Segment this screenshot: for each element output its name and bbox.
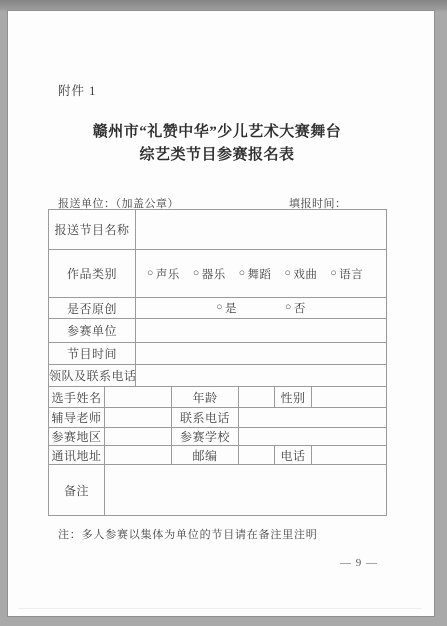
address-phone-value bbox=[312, 446, 387, 465]
category-option-language: ○语言 bbox=[330, 266, 363, 282]
teacher-value bbox=[105, 408, 172, 428]
remarks-label: 备注 bbox=[49, 465, 105, 516]
category-option-label: 器乐 bbox=[202, 266, 226, 282]
time-label: 节目时间 bbox=[49, 343, 136, 365]
contestant-name-label: 选手姓名 bbox=[49, 387, 105, 408]
page-number: — 9 — bbox=[304, 557, 414, 569]
unit-label: 参赛单位 bbox=[49, 319, 136, 343]
contestant-gender-label: 性别 bbox=[275, 387, 312, 408]
title-line-1: 赣州市“礼赞中华”少儿艺术大赛舞台 bbox=[48, 121, 386, 144]
contestant-name-value bbox=[105, 387, 172, 408]
teacher-phone-label: 联系电话 bbox=[172, 408, 239, 428]
row-original: 是否原创 ○是 ○否 bbox=[49, 298, 387, 319]
region-value bbox=[105, 428, 172, 446]
teacher-label: 辅导老师 bbox=[49, 408, 105, 428]
attachment-label: 附件 1 bbox=[58, 81, 96, 99]
radio-circle-icon: ○ bbox=[193, 269, 200, 280]
address-phone-label: 电话 bbox=[275, 446, 312, 465]
original-options: ○是 ○否 bbox=[136, 298, 387, 319]
radio-circle-icon: ○ bbox=[147, 269, 154, 280]
original-option-yes: ○是 bbox=[216, 300, 237, 316]
category-option-label: 戏曲 bbox=[293, 266, 317, 282]
region-school-label: 参赛学校 bbox=[172, 428, 239, 446]
row-time: 节目时间 bbox=[49, 343, 387, 365]
time-value bbox=[136, 343, 387, 365]
scan-background: 附件 1 赣州市“礼赞中华”少儿艺术大赛舞台 综艺类节目参赛报名表 报送单位：（… bbox=[0, 0, 447, 626]
category-option-opera: ○戏曲 bbox=[285, 266, 318, 282]
row-category: 作品类别 ○声乐 ○器乐 ○舞蹈 ○戏曲 ○语言 bbox=[49, 250, 387, 298]
footnote: 注：多人参赛以集体为单位的节目请在备注里注明 bbox=[58, 526, 318, 542]
row-leader: 领队及联系电话 bbox=[49, 365, 387, 387]
category-options: ○声乐 ○器乐 ○舞蹈 ○戏曲 ○语言 bbox=[136, 250, 387, 298]
title-line-2: 综艺类节目参赛报名表 bbox=[48, 144, 386, 167]
teacher-phone-value bbox=[239, 408, 387, 428]
document-page: 附件 1 赣州市“礼赞中华”少儿艺术大赛舞台 综艺类节目参赛报名表 报送单位：（… bbox=[7, 10, 435, 617]
original-label: 是否原创 bbox=[49, 298, 136, 319]
row-remarks: 备注 bbox=[49, 465, 387, 516]
radio-circle-icon: ○ bbox=[285, 303, 292, 314]
address-postcode-label: 邮编 bbox=[172, 446, 239, 465]
region-school-value bbox=[239, 428, 387, 446]
contestant-age-label: 年龄 bbox=[172, 387, 239, 408]
radio-circle-icon: ○ bbox=[239, 269, 246, 280]
row-unit: 参赛单位 bbox=[49, 319, 387, 343]
row-region: 参赛地区 参赛学校 bbox=[49, 428, 387, 446]
leader-label: 领队及联系电话 bbox=[49, 365, 136, 387]
category-option-label: 声乐 bbox=[156, 266, 180, 282]
program-name-label: 报送节目名称 bbox=[49, 210, 136, 250]
radio-circle-icon: ○ bbox=[330, 269, 337, 280]
original-option-no: ○否 bbox=[285, 300, 306, 316]
radio-circle-icon: ○ bbox=[285, 269, 292, 280]
address-label: 通讯地址 bbox=[49, 446, 105, 465]
registration-form-table: 报送节目名称 作品类别 ○声乐 ○器乐 ○舞蹈 ○戏曲 ○语言 bbox=[48, 209, 387, 516]
category-option-vocal: ○声乐 bbox=[147, 266, 180, 282]
row-contestant: 选手姓名 年龄 性别 bbox=[49, 387, 387, 408]
address-postcode-value bbox=[239, 446, 275, 465]
scan-artifact-line bbox=[18, 608, 422, 609]
radio-circle-icon: ○ bbox=[216, 303, 223, 314]
category-label: 作品类别 bbox=[49, 250, 136, 298]
program-name-value bbox=[136, 210, 387, 250]
unit-value bbox=[136, 319, 387, 343]
region-label: 参赛地区 bbox=[49, 428, 105, 446]
row-teacher: 辅导老师 联系电话 bbox=[49, 408, 387, 428]
contestant-gender-value bbox=[312, 387, 387, 408]
category-option-dance: ○舞蹈 bbox=[239, 266, 272, 282]
category-option-instrumental: ○器乐 bbox=[193, 266, 226, 282]
remarks-value bbox=[105, 465, 387, 516]
original-option-label: 是 bbox=[225, 300, 237, 316]
original-option-label: 否 bbox=[294, 300, 306, 316]
leader-value bbox=[136, 365, 387, 387]
category-option-label: 语言 bbox=[339, 266, 363, 282]
document-title: 赣州市“礼赞中华”少儿艺术大赛舞台 综艺类节目参赛报名表 bbox=[48, 121, 386, 167]
row-address: 通讯地址 邮编 电话 bbox=[49, 446, 387, 465]
row-program-name: 报送节目名称 bbox=[49, 210, 387, 250]
contestant-age-value bbox=[239, 387, 275, 408]
category-option-label: 舞蹈 bbox=[248, 266, 272, 282]
address-value bbox=[105, 446, 172, 465]
